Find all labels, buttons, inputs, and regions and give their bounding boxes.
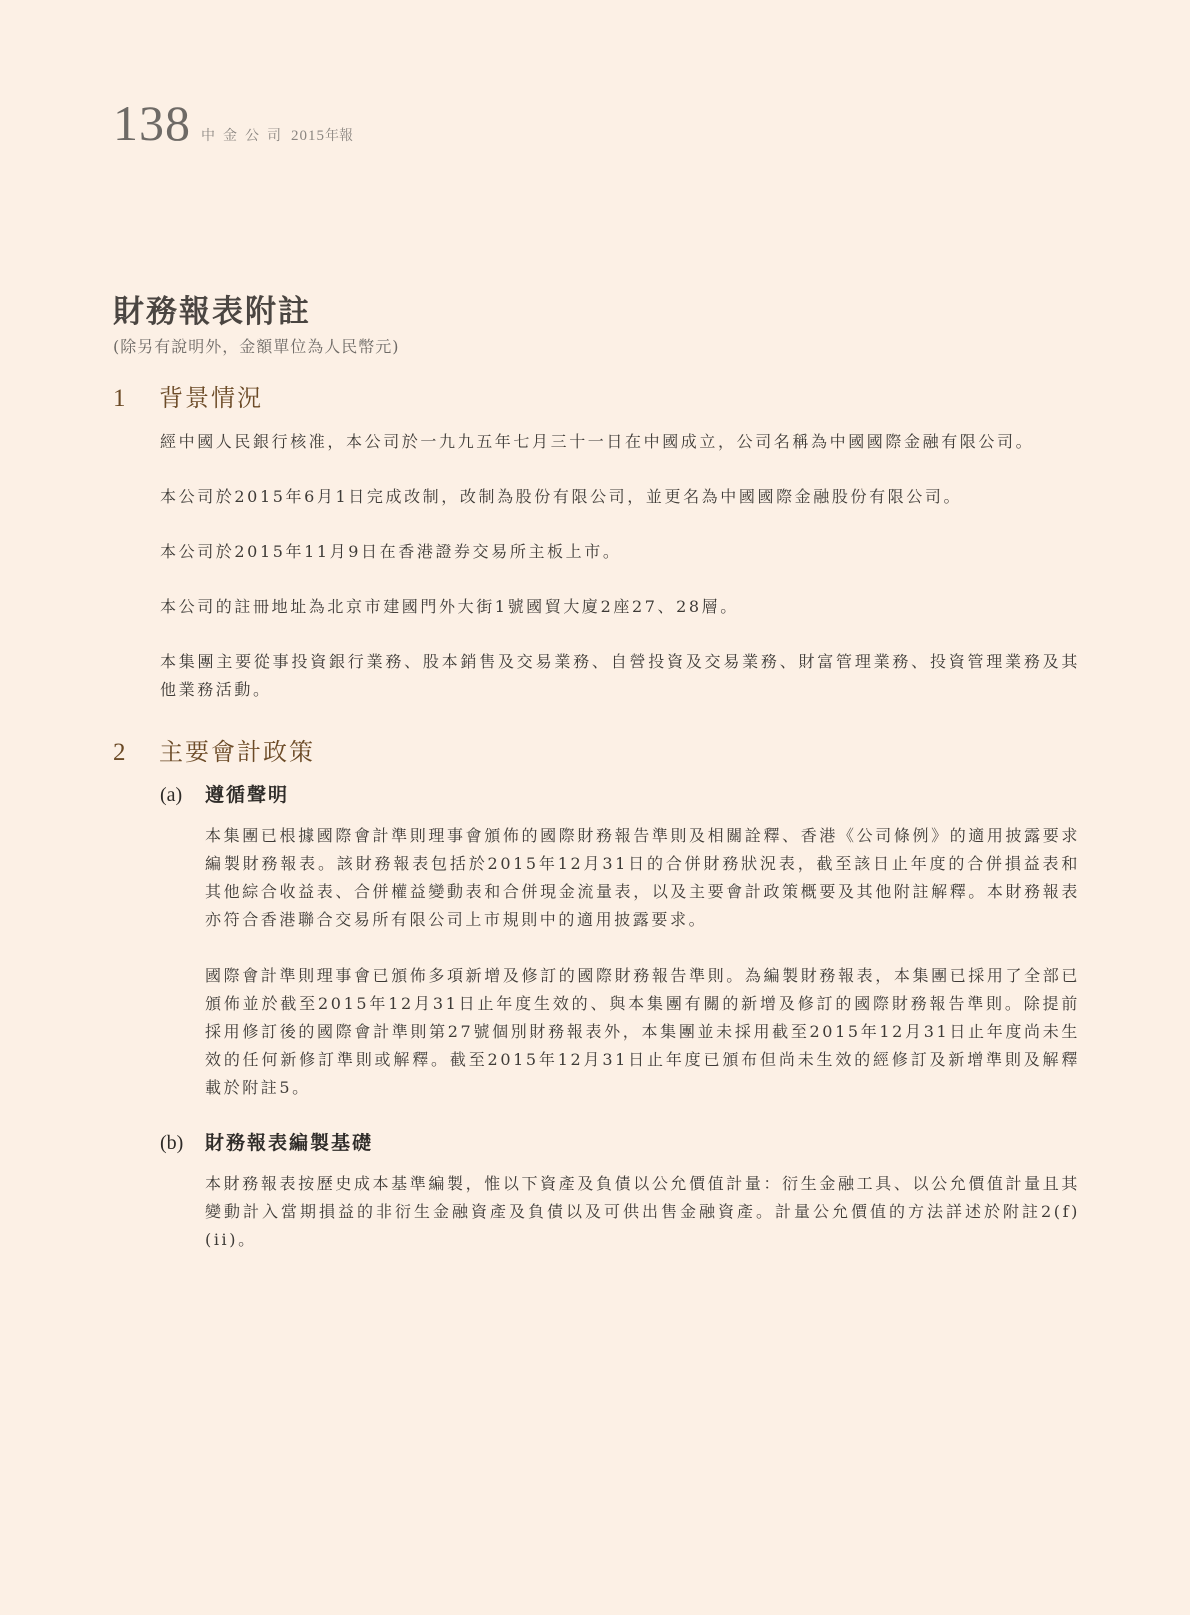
subsection-title: 遵循聲明 xyxy=(205,780,289,807)
header-year: 2015 xyxy=(291,128,325,145)
paragraph: 本公司於2015年6月1日完成改制，改制為股份有限公司，並更名為中國國際金融股份… xyxy=(160,483,1080,511)
subsection-a-heading: (a) 遵循聲明 xyxy=(160,780,289,807)
page-subtitle: (除另有說明外，金額單位為人民幣元) xyxy=(113,334,400,357)
section-title: 背景情況 xyxy=(159,378,263,413)
subsection-letter: (a) xyxy=(160,784,205,807)
page-title: 財務報表附註 xyxy=(113,286,311,331)
paragraph: 本公司於2015年11月9日在香港證券交易所主板上市。 xyxy=(160,538,1080,566)
section-1-heading: 1 背景情況 xyxy=(113,378,263,413)
paragraph: 本集團已根據國際會計準則理事會頒佈的國際財務報告準則及相關詮釋、香港《公司條例》… xyxy=(205,822,1080,934)
header-company: 中金公司 xyxy=(201,125,289,145)
subsection-title: 財務報表編製基礎 xyxy=(205,1128,373,1155)
section-number: 2 xyxy=(113,739,159,767)
page-number: 138 xyxy=(113,98,191,148)
paragraph: 經中國人民銀行核准，本公司於一九九五年七月三十一日在中國成立，公司名稱為中國國際… xyxy=(160,428,1080,456)
header-report-label: 年報 xyxy=(325,125,353,145)
subsection-b-heading: (b) 財務報表編製基礎 xyxy=(160,1128,373,1155)
paragraph: 本公司的註冊地址為北京市建國門外大街1號國貿大廈2座27、28層。 xyxy=(160,593,1080,621)
section-title: 主要會計政策 xyxy=(159,732,315,767)
paragraph: 本集團主要從事投資銀行業務、股本銷售及交易業務、自營投資及交易業務、財富管理業務… xyxy=(160,648,1080,704)
paragraph: 國際會計準則理事會已頒佈多項新增及修訂的國際財務報告準則。為編製財務報表，本集團… xyxy=(205,962,1080,1102)
section-number: 1 xyxy=(113,385,159,413)
paragraph: 本財務報表按歷史成本基準編製，惟以下資產及負債以公允價值計量：衍生金融工具、以公… xyxy=(205,1170,1080,1254)
subsection-letter: (b) xyxy=(160,1132,205,1155)
section-2-heading: 2 主要會計政策 xyxy=(113,732,315,767)
running-header: 138 中金公司 2015 年報 xyxy=(113,98,353,148)
